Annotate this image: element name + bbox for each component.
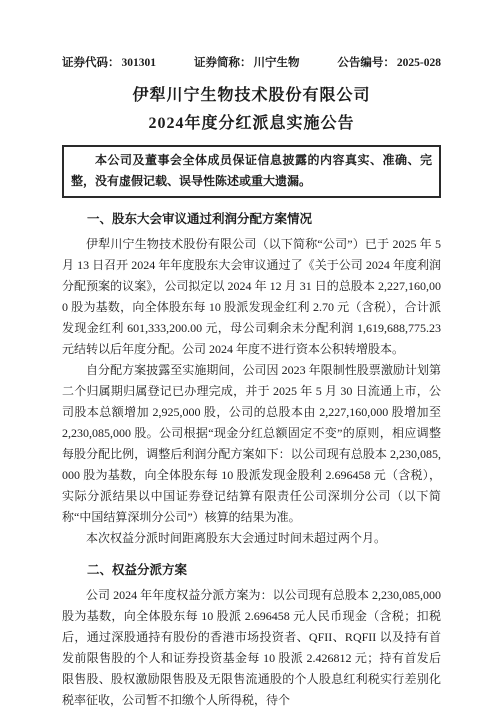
announcement-page: 证券代码： 301301 证券简称： 川宁生物 公告编号： 2025-028 伊… <box>0 0 500 707</box>
section-2-heading: 二、权益分派方案 <box>62 560 441 580</box>
announcement-number-value: 2025-028 <box>397 56 441 71</box>
section-distribution-plan: 二、权益分派方案 公司 2024 年年度权益分派方案为：以公司现有总股本 2,2… <box>62 560 441 707</box>
stock-abbreviation-value: 川宁生物 <box>253 56 299 71</box>
section-2-paragraph-1: 公司 2024 年年度权益分派方案为：以公司现有总股本 2,230,085,00… <box>62 585 441 707</box>
section-shareholder-meeting: 一、股东大会审议通过利润分配方案情况 伊犁川宁生物技术股份有限公司（以下简称“公… <box>62 209 441 549</box>
announcement-subtitle: 2024年度分红派息实施公告 <box>62 113 441 134</box>
stock-abbreviation-label: 证券简称： <box>194 56 252 71</box>
announcement-number: 公告编号： 2025-028 <box>337 56 441 71</box>
document-header: 证券代码： 301301 证券简称： 川宁生物 公告编号： 2025-028 <box>62 56 441 71</box>
stock-code: 证券代码： 301301 <box>62 56 156 71</box>
disclaimer-text: 本公司及董事会全体成员保证信息披露的内容真实、准确、完整，没有虚假记载、误导性陈… <box>71 153 432 188</box>
section-1-heading: 一、股东大会审议通过利润分配方案情况 <box>62 209 441 229</box>
section-1-paragraph-3: 本次权益分派时间距离股东大会通过时间未超过两个月。 <box>62 528 441 549</box>
company-title: 伊犁川宁生物技术股份有限公司 <box>62 85 441 106</box>
stock-code-label: 证券代码： <box>62 56 120 71</box>
stock-abbreviation: 证券简称： 川宁生物 <box>194 56 300 71</box>
disclaimer-box: 本公司及董事会全体成员保证信息披露的内容真实、准确、完整，没有虚假记载、误导性陈… <box>62 145 441 198</box>
announcement-number-label: 公告编号： <box>337 56 395 71</box>
section-1-paragraph-2: 自分配方案披露至实施期间，公司因 2023 年限制性股票激励计划第二个归属期归属… <box>62 360 441 528</box>
stock-code-value: 301301 <box>122 56 157 71</box>
section-1-paragraph-1: 伊犁川宁生物技术股份有限公司（以下简称“公司”）已于 2025 年 5 月 13… <box>62 234 441 360</box>
